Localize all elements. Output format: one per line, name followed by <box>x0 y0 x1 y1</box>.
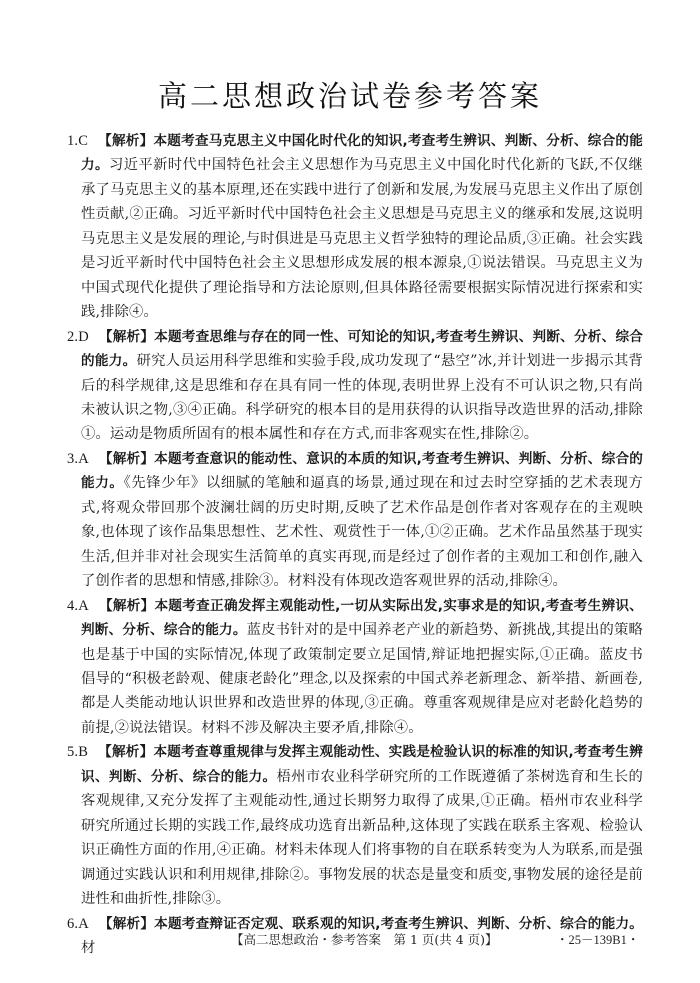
analysis-tag: 【解析】 <box>98 744 153 760</box>
answer-choice: D <box>78 329 89 345</box>
answer-item-3: 3.A【解析】本题考查意识的能动性、意识的本质的知识,考查考生辨识、判断、分析、… <box>67 447 643 594</box>
answer-number: 6. <box>67 916 78 932</box>
answer-item-1: 1.C【解析】本题考查马克思主义中国化时代化的知识,考查考生辨识、判断、分析、综… <box>67 129 643 325</box>
answer-number: 1. <box>67 133 78 149</box>
analysis-body: 《先锋少年》以细腻的笔触和逼真的场景,通过现在和过去时空穿插的艺术表现方式,将观… <box>81 475 643 589</box>
analysis-body: 梧州市农业科学研究所的工作既遵循了茶树选育和生长的客观规律,又充分发挥了主观能动… <box>81 769 643 907</box>
answer-item-5: 5.B【解析】本题考查尊重规律与发挥主观能动性、实践是检验认识的标准的知识,考查… <box>67 740 643 911</box>
analysis-tag: 【解析】 <box>99 451 154 467</box>
analysis-body: 材 <box>81 940 95 956</box>
answer-list: 1.C【解析】本题考查马克思主义中国化时代化的知识,考查考生辨识、判断、分析、综… <box>67 129 643 960</box>
analysis-body: 习近平新时代中国特色社会主义思想作为马克思主义中国化时代化新的飞跃,不仅继承了马… <box>81 157 643 320</box>
analysis-tag: 【解析】 <box>99 598 155 614</box>
footer-page-info: 【高二思想政治・参考答案 第 1 页(共 4 页)】 <box>231 930 498 948</box>
answer-number: 2. <box>67 329 78 345</box>
answer-choice: A <box>78 916 89 932</box>
answer-choice: C <box>78 133 88 149</box>
analysis-body: 研究人员运用科学思维和实验手段,成功发现了“悬空”冰,并计划进一步揭示其背后的科… <box>81 353 643 442</box>
answer-item-4: 4.A【解析】本题考查正确发挥主观能动性,一切从实际出发,实事求是的知识,考查考… <box>67 594 643 741</box>
analysis-tag: 【解析】 <box>99 916 154 932</box>
answer-choice: B <box>78 744 88 760</box>
answer-item-2: 2.D【解析】本题考查思维与存在的同一性、可知论的知识,考查考生辨识、判断、分析… <box>67 325 643 447</box>
page-title: 高二思想政治试卷参考答案 <box>0 74 700 115</box>
answer-number: 4. <box>67 598 78 614</box>
answer-number: 3. <box>67 451 78 467</box>
analysis-body: 蓝皮书针对的是中国养老产业的新趋势、新挑战,其提出的策略也是基于中国的实际情况,… <box>81 622 643 736</box>
analysis-tag: 【解析】 <box>98 133 153 149</box>
footer-doc-code: ・25－139B1・ <box>556 930 639 948</box>
answer-choice: A <box>78 451 89 467</box>
answer-number: 5. <box>67 744 78 760</box>
analysis-tag: 【解析】 <box>99 329 154 345</box>
answer-choice: A <box>78 598 89 614</box>
